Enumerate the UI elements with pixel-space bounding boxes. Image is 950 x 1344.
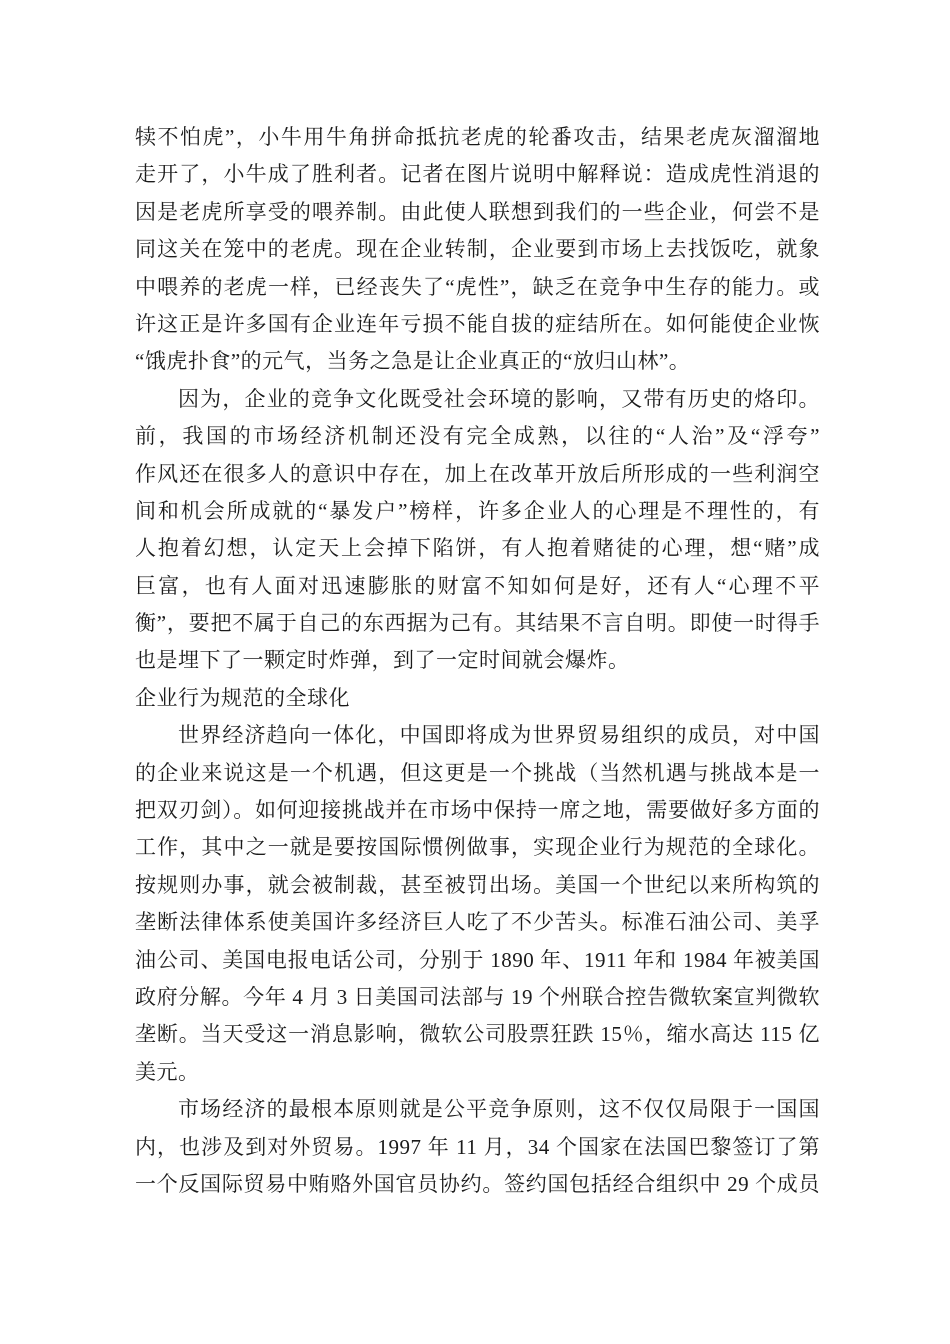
text-line: 走开了，小牛成了胜利者。记者在图片说明中解释说：造成虎性消退的原 — [135, 156, 820, 193]
text-line: 把双刃剑）。如何迎接挑战并在市场中保持一席之地，需要做好多方面的 — [135, 792, 820, 829]
text-line: 同这关在笼中的老虎。现在企业转制，企业要到市场上去找饭吃，就象笼 — [135, 231, 820, 268]
text-line: 内，也涉及到对外贸易。1997 年 11 月，34 个国家在法国巴黎签订了第 — [135, 1129, 820, 1166]
text-line: 工作，其中之一就是要按国际惯例做事，实现企业行为规范的全球化。不 — [135, 829, 820, 866]
text-line: 因是老虎所享受的喂养制。由此使人联想到我们的一些企业，何尝不是如 — [135, 194, 820, 231]
text-line: 因为，企业的竞争文化既受社会环境的影响，又带有历史的烙印。目 — [135, 381, 820, 418]
paragraph: 因为，企业的竞争文化既受社会环境的影响，又带有历史的烙印。目前，我国的市场经济机… — [135, 381, 820, 680]
section-heading: 企业行为规范的全球化 — [135, 680, 820, 717]
paragraph: 世界经济趋向一体化，中国即将成为世界贸易组织的成员，对中国的企业来说这是一个机遇… — [135, 717, 820, 1091]
text-line: 前，我国的市场经济机制还没有完全成熟，以往的“人治”及“浮夸” — [135, 418, 820, 455]
text-line: 的企业来说这是一个机遇，但这更是一个挑战（当然机遇与挑战本是一 — [135, 755, 820, 792]
heading-line: 企业行为规范的全球化 — [135, 680, 820, 717]
text-line: 油公司、美国电报电话公司，分别于 1890 年、1911 年和 1984 年被美… — [135, 942, 820, 979]
text-line: 也是埋下了一颗定时炸弹，到了一定时间就会爆炸。 — [135, 642, 820, 679]
text-line: 许这正是许多国有企业连年亏损不能自拔的症结所在。如何能使企业恢复 — [135, 306, 820, 343]
text-line: “饿虎扑食”的元气，当务之急是让企业真正的“放归山林”。 — [135, 343, 820, 380]
text-line: 中喂养的老虎一样，已经丧失了“虎性”，缺乏在竞争中生存的能力。或 — [135, 269, 820, 306]
paragraph: 市场经济的最根本原则就是公平竞争原则，这不仅仅局限于一国国内，也涉及到对外贸易。… — [135, 1091, 820, 1203]
text-line: 作风还在很多人的意识中存在，加上在改革开放后所形成的一些利润空 — [135, 456, 820, 493]
document-page: 犊不怕虎”，小牛用牛角拼命抵抗老虎的轮番攻击，结果老虎灰溜溜地走开了，小牛成了胜… — [0, 0, 950, 1344]
text-line: 一个反国际贸易中贿赂外国官员协约。签约国包括经合组织中 29 个成员 — [135, 1166, 820, 1203]
text-line: 政府分解。今年 4 月 3 日美国司法部与 19 个州联合控告微软案宣判微软 — [135, 979, 820, 1016]
text-line: 按规则办事，就会被制裁，甚至被罚出场。美国一个世纪以来所构筑的反 — [135, 867, 820, 904]
text-line: 垄断。当天受这一消息影响，微软公司股票狂跌 15％，缩水高达 115 亿 — [135, 1016, 820, 1053]
text-line: 衡”，要把不属于自己的东西据为己有。其结果不言自明。即使一时得手 — [135, 605, 820, 642]
text-line: 垄断法律体系使美国许多经济巨人吃了不少苦头。标准石油公司、美孚石 — [135, 904, 820, 941]
text-line: 世界经济趋向一体化，中国即将成为世界贸易组织的成员，对中国 — [135, 717, 820, 754]
paragraph: 犊不怕虎”，小牛用牛角拼命抵抗老虎的轮番攻击，结果老虎灰溜溜地走开了，小牛成了胜… — [135, 119, 820, 381]
text-line: 人抱着幻想，认定天上会掉下陷饼，有人抱着赌徒的心理，想“赌”成 — [135, 530, 820, 567]
text-line: 市场经济的最根本原则就是公平竞争原则，这不仅仅局限于一国国 — [135, 1091, 820, 1128]
document-body: 犊不怕虎”，小牛用牛角拼命抵抗老虎的轮番攻击，结果老虎灰溜溜地走开了，小牛成了胜… — [135, 119, 820, 1203]
text-line: 间和机会所成就的“暴发户”榜样，许多企业人的心理是不理性的，有 — [135, 493, 820, 530]
text-line: 巨富，也有人面对迅速膨胀的财富不知如何是好，还有人“心理不平 — [135, 568, 820, 605]
text-line: 犊不怕虎”，小牛用牛角拼命抵抗老虎的轮番攻击，结果老虎灰溜溜地 — [135, 119, 820, 156]
text-line: 美元。 — [135, 1054, 820, 1091]
